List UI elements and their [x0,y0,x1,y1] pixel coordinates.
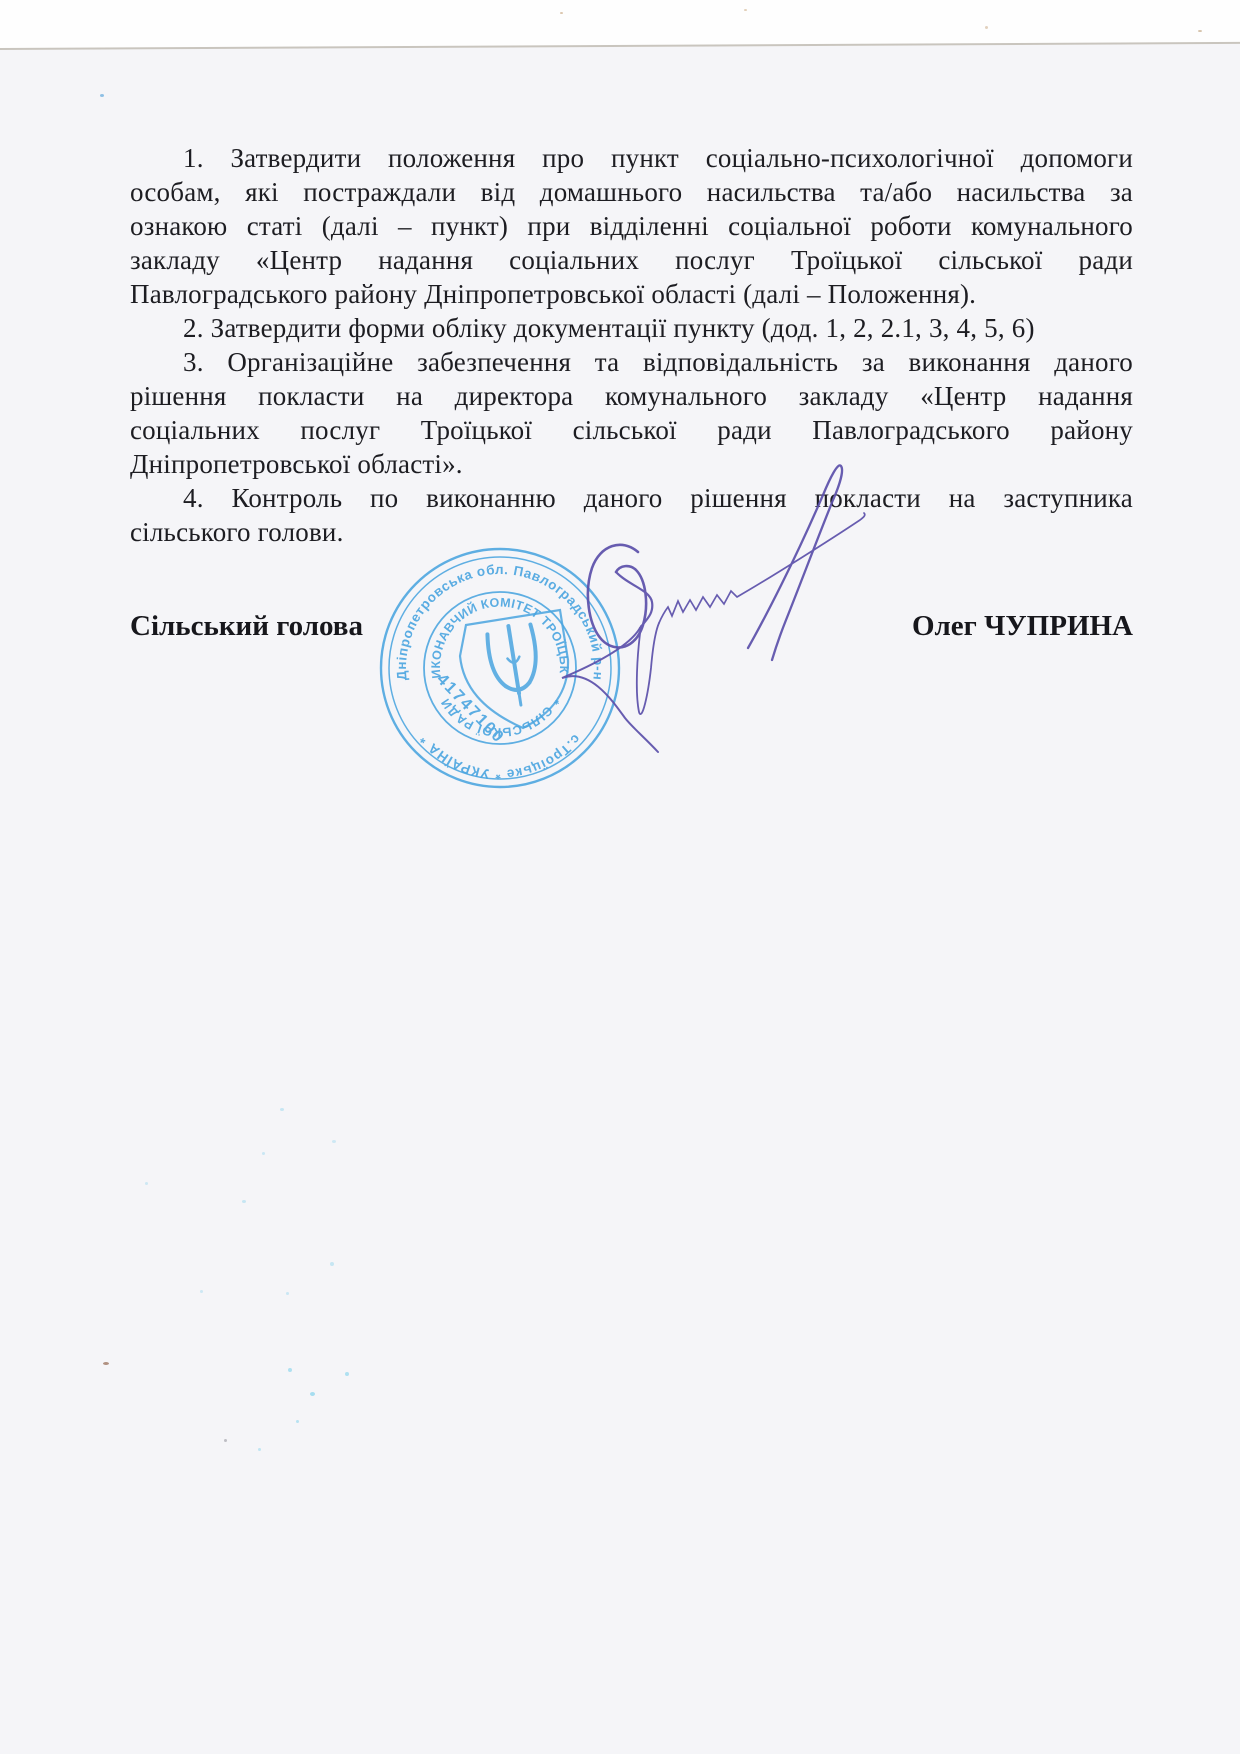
body-line: 2. Затвердити форми обліку документації … [130,311,1133,345]
body-line: 3. Організаційне забезпечення та відпові… [130,345,1133,379]
handwritten-signature [520,400,890,780]
signer-title: Сільський голова [130,610,363,643]
body-line: ознакою статі (далі – пункт) при відділе… [130,209,1133,243]
ghost-stamp-speck [200,1290,203,1293]
body-line: закладу «Центр надання соціальних послуг… [130,243,1133,277]
dust-speck [560,12,563,14]
ghost-stamp-speck [330,1262,334,1266]
body-line: особам, які постраждали від домашнього н… [130,175,1133,209]
ghost-stamp-speck [345,1372,349,1376]
dust-speck [744,9,747,11]
ghost-stamp-speck [286,1292,289,1295]
ghost-stamp-speck [242,1200,246,1203]
dust-speck [100,94,104,97]
signer-name: Олег ЧУПРИНА [912,610,1133,643]
signature-stroke [637,623,659,714]
dust-speck [985,26,988,29]
ghost-stamp-speck [280,1108,284,1111]
body-line: Павлоградського району Дніпропетровської… [130,277,1133,311]
ghost-stamp-speck [145,1182,148,1185]
scanner-background [0,0,1240,50]
ghost-stamp-speck [296,1420,299,1423]
dust-speck [103,1362,109,1365]
ghost-stamp-speck [332,1140,336,1143]
body-line: 1. Затвердити положення про пункт соціал… [130,141,1133,175]
dust-speck [224,1439,227,1442]
signature-stroke [659,513,865,623]
ghost-stamp-speck [310,1392,315,1396]
ghost-stamp-speck [288,1368,292,1372]
ghost-stamp-speck [258,1448,261,1451]
ghost-stamp-speck [262,1152,265,1155]
dust-speck [1198,30,1202,32]
